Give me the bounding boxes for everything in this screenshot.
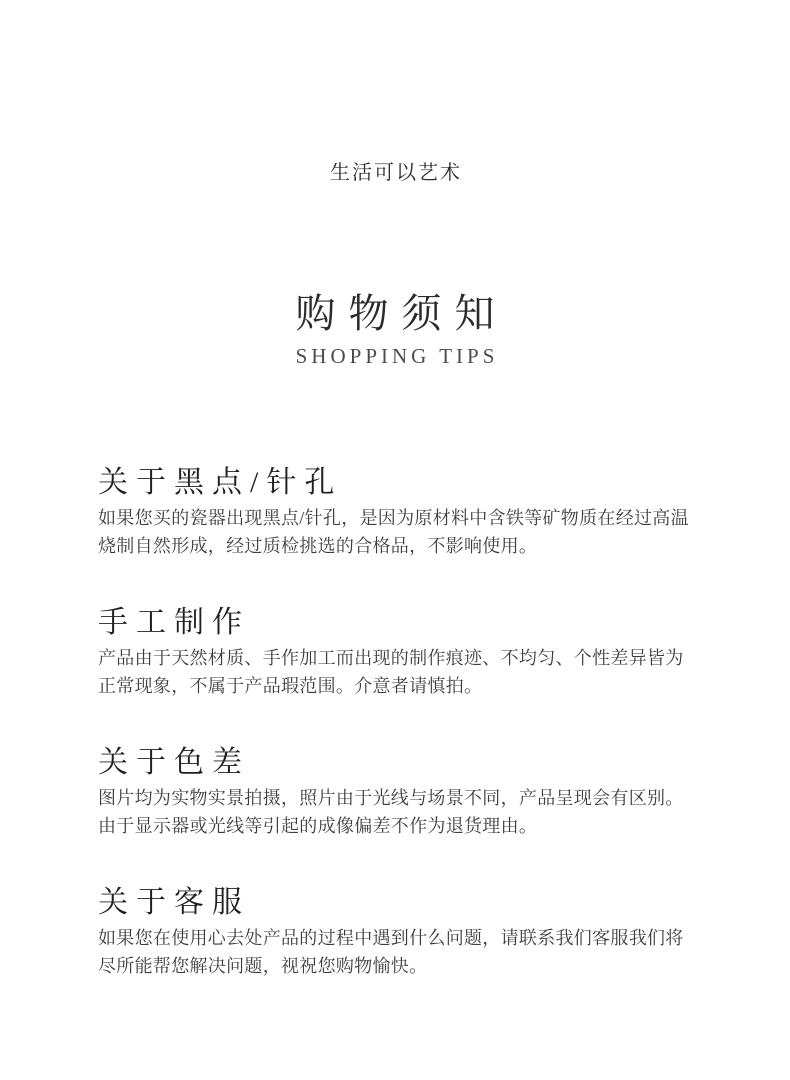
section-customer-service: 关于客服 如果您在使用心去处产品的过程中遇到什么问题，请联系我们客服我们将 尽所… [98,884,738,980]
section-body: 图片均为实物实景拍摄，照片由于光线与场景不同，产品呈现会有区别。 由于显示器或光… [98,784,718,840]
tips-section-list: 关于黑点/针孔 如果您买的瓷器出现黑点/针孔，是因为原材料中含铁等矿物质在经过高… [98,464,738,1024]
section-heading: 关于色差 [98,744,738,782]
page-title: 购物须知 [0,290,790,338]
section-handmade: 手工制作 产品由于天然材质、手作加工而出现的制作痕迹、不均匀、个性差异皆为 正常… [98,604,738,700]
section-body: 产品由于天然材质、手作加工而出现的制作痕迹、不均匀、个性差异皆为 正常现象，不属… [98,644,718,700]
section-heading: 手工制作 [98,604,738,642]
section-heading: 关于黑点/针孔 [98,464,738,502]
section-black-dots: 关于黑点/针孔 如果您买的瓷器出现黑点/针孔，是因为原材料中含铁等矿物质在经过高… [98,464,738,560]
shopping-tips-page: { "page": { "background": "#ffffff", "br… [0,0,790,1080]
section-color-difference: 关于色差 图片均为实物实景拍摄，照片由于光线与场景不同，产品呈现会有区别。 由于… [98,744,738,840]
page-subtitle: SHOPPING TIPS [0,343,790,369]
section-body: 如果您在使用心去处产品的过程中遇到什么问题，请联系我们客服我们将 尽所能帮您解决… [98,924,718,980]
section-body: 如果您买的瓷器出现黑点/针孔，是因为原材料中含铁等矿物质在经过高温 烧制自然形成… [98,504,718,560]
section-heading: 关于客服 [98,884,738,922]
brand-slogan: 生活可以艺术 [0,161,790,185]
